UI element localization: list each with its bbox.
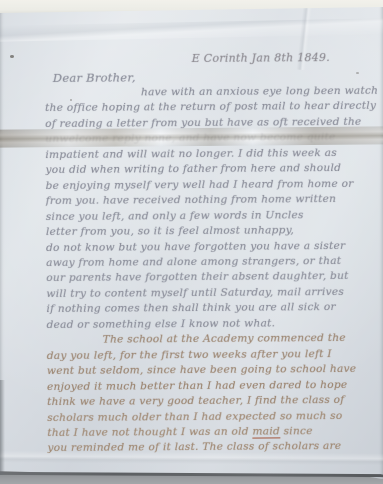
letter-dateline: E Corinth Jan 8th 1849. — [192, 51, 377, 65]
letter-line: went but seldom, since have been going t… — [47, 362, 379, 380]
line-text-before: that I have not thought I was an old — [47, 426, 252, 439]
letter-line: think we have a very good teacher, I fin… — [47, 393, 379, 411]
letter-greeting: Dear Brother, — [53, 70, 136, 85]
line-text-after: since — [280, 425, 313, 437]
underlined-word-maid: maid — [252, 425, 280, 439]
letter-text: E Corinth Jan 8th 1849. Dear Brother, ha… — [0, 0, 383, 484]
paper-fold-crease-main — [0, 126, 383, 147]
letter-line: if nothing comes then shall think you ar… — [46, 300, 378, 318]
letter-line: scholars much older than I had expected … — [47, 408, 379, 426]
ink-speck — [356, 72, 359, 74]
paper-left-edge-shadow — [0, 380, 5, 475]
ink-speck — [70, 99, 72, 101]
scanned-letter-photo: E Corinth Jan 8th 1849. Dear Brother, ha… — [0, 0, 383, 484]
ink-speck — [10, 55, 14, 58]
letter-line: from you. have received nothing from hom… — [46, 192, 378, 210]
letter-line: you reminded me of it last. The class of… — [47, 439, 379, 457]
